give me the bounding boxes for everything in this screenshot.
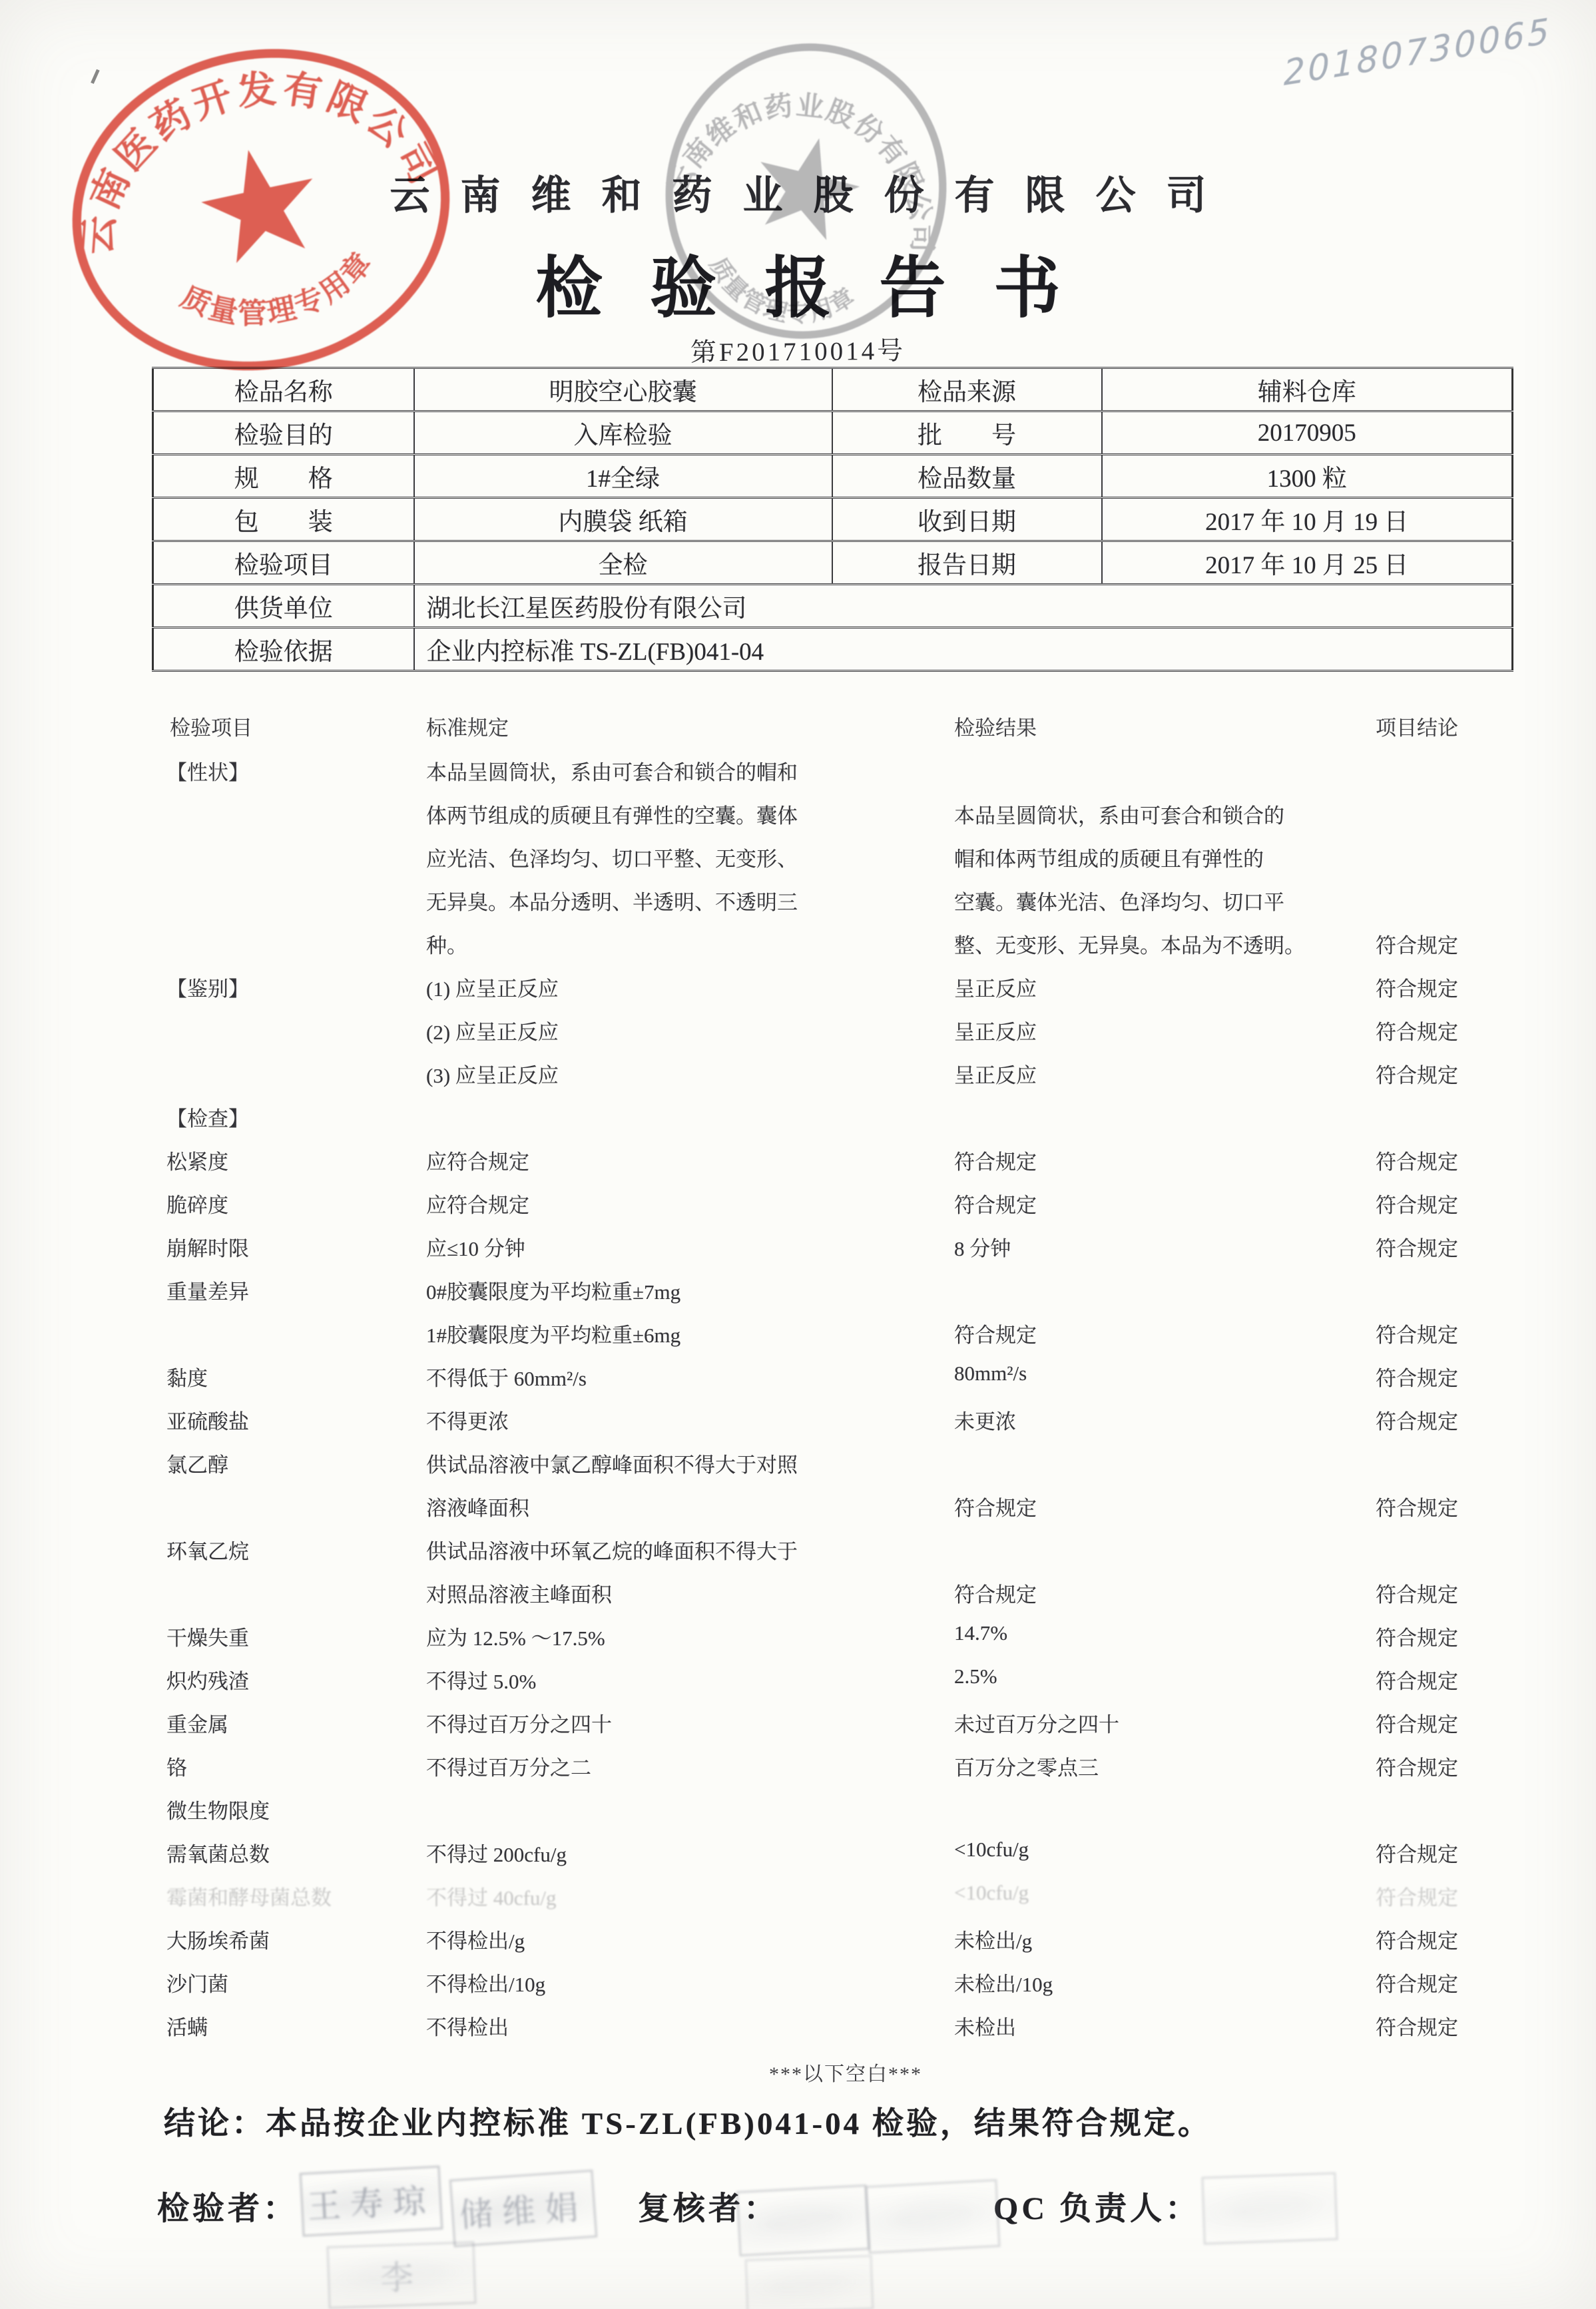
results-row: 应光洁、色泽均匀、切口平整、无变形、帽和体两节组成的质硬且有弹性的 [0,834,1596,877]
results-cell: 霉菌和酵母菌总数 [166,1881,332,1911]
results-cell: 应符合规定 [426,1188,529,1218]
results-cell: 整、无变形、无异臭。本品为不透明。 [954,929,1305,959]
results-cell: 百万分之零点三 [954,1751,1099,1781]
results-cell: 符合规定 [1376,1145,1458,1175]
results-cell: 微生物限度 [166,1794,270,1824]
results-cell: 【检查】 [166,1102,249,1132]
reviewer-name-stamp [745,2255,874,2309]
info-cell-label: 规 格 [153,455,414,498]
info-cell-value: 湖北长江星医药股份有限公司 [414,585,1513,628]
results-cell: 14.7% [954,1621,1007,1645]
results-row: 亚硫酸盐不得更浓未更浓符合规定 [0,1396,1596,1439]
results-cell: 符合规定 [1376,1621,1458,1651]
results-cell: 环氧乙烷 [166,1535,249,1565]
results-cell: 本品呈圆筒状，系由可套合和锁合的 [954,799,1284,829]
results-cell: 呈正反应 [954,972,1037,1002]
results-cell: 不得低于 60mm²/s [426,1362,587,1392]
info-cell-label: 供货单位 [153,585,414,628]
results-cell: 符合规定 [1376,1059,1458,1089]
info-table-row: 检验依据企业内控标准 TS-ZL(FB)041-04 [153,628,1513,671]
inspector-name-stamp: 王寿琼 [300,2166,443,2237]
results-cell: 符合规定 [1376,1405,1458,1435]
results-cell: 黏度 [166,1362,208,1392]
results-cell: 供试品溶液中环氧乙烷的峰面积不得大于 [426,1535,798,1565]
results-cell: 符合规定 [1376,972,1458,1002]
results-cell: 本品呈圆筒状，系由可套合和锁合的帽和 [426,756,798,786]
results-cell: 【性状】 [166,756,249,786]
results-row: 炽灼残渣不得过 5.0%2.5%符合规定 [0,1656,1596,1699]
inspector-label: 检验者： [157,2182,298,2228]
info-table-body: 检品名称明胶空心胶囊检品来源辅料仓库检验目的入库检验批 号20170905规 格… [153,368,1513,671]
results-cell: 铬 [166,1751,187,1781]
qc-manager-label: QC 负责人： [993,2182,1200,2228]
results-cell: 炽灼残渣 [166,1665,249,1694]
results-cell: 干燥失重 [166,1621,249,1651]
results-cell: 呈正反应 [954,1015,1037,1045]
results-cell: 符合规定 [1376,1578,1458,1608]
info-cell-value: 明胶空心胶囊 [414,368,832,411]
info-cell-value: 辅料仓库 [1102,368,1513,411]
info-table-row: 检验项目全检报告日期2017 年 10 月 25 日 [153,541,1513,585]
results-cell: 应为 12.5% ～17.5% [426,1621,605,1651]
results-row: 种。整、无变形、无异臭。本品为不透明。符合规定 [0,920,1596,963]
results-row: 霉菌和酵母菌总数不得过 40cfu/g<10cfu/g符合规定 [0,1872,1596,1916]
results-cell: 应符合规定 [426,1145,529,1175]
results-cell: 符合规定 [1376,1924,1458,1954]
results-cell: 无异臭。本品分透明、半透明、不透明三 [426,886,798,915]
results-cell: 0#胶囊限度为平均粒重±7mg [426,1275,680,1305]
results-cell: 供试品溶液中氯乙醇峰面积不得大于对照 [426,1448,798,1478]
results-cell: 符合规定 [1376,1751,1458,1781]
results-cell: 不得过 40cfu/g [426,1881,556,1911]
results-cell: 符合规定 [1376,2011,1458,2041]
results-row: 重金属不得过百万分之四十未过百万分之四十符合规定 [0,1699,1596,1742]
results-row: 松紧度应符合规定符合规定符合规定 [0,1137,1596,1180]
results-cell: 符合规定 [1376,1881,1458,1911]
results-row: 铬不得过百万分之二百万分之零点三符合规定 [0,1742,1596,1786]
results-cell: 不得过 200cfu/g [426,1838,567,1868]
results-cell: 未检出/10g [954,1967,1053,1997]
results-lines: 【性状】本品呈圆筒状，系由可套合和锁合的帽和体两节组成的质硬且有弹性的空囊。囊体… [0,747,1596,2045]
results-cell: 不得更浓 [426,1405,509,1435]
info-cell-value: 1300 粒 [1102,455,1513,498]
info-cell-value: 2017 年 10 月 25 日 [1102,541,1513,585]
info-cell-label: 检品来源 [832,368,1102,411]
inspector-name-stamp: 储维娟 [449,2170,598,2248]
info-cell-label: 检品数量 [832,455,1102,498]
info-cell-value: 2017 年 10 月 19 日 [1102,498,1513,541]
results-row: 环氧乙烷供试品溶液中环氧乙烷的峰面积不得大于 [0,1526,1596,1569]
results-row: 沙门菌不得检出/10g未检出/10g符合规定 [0,1959,1596,2002]
info-cell-label: 检验依据 [153,628,414,671]
results-cell: 帽和体两节组成的质硬且有弹性的 [954,842,1264,872]
results-row: 微生物限度 [0,1786,1596,1829]
results-row: 氯乙醇供试品溶液中氯乙醇峰面积不得大于对照 [0,1439,1596,1483]
results-cell: 符合规定 [1376,1665,1458,1694]
reviewer-name-stamp [865,2179,1000,2254]
results-cell: 符合规定 [1376,1318,1458,1348]
info-cell-label: 批 号 [832,411,1102,455]
results-cell: 重量差异 [166,1275,249,1305]
results-row: 无异臭。本品分透明、半透明、不透明三空囊。囊体光洁、色泽均匀、切口平 [0,877,1596,920]
results-row: (3) 应呈正反应呈正反应符合规定 [0,1050,1596,1093]
results-cell: 溶液峰面积 [426,1491,529,1521]
info-table-row: 规 格1#全绿检品数量1300 粒 [153,455,1513,498]
info-table-row: 检品名称明胶空心胶囊检品来源辅料仓库 [153,368,1513,411]
info-table-row: 检验目的入库检验批 号20170905 [153,411,1513,455]
reviewer-name-stamp [736,2184,870,2256]
results-cell: 沙门菌 [166,1967,228,1997]
info-cell-label: 检验项目 [153,541,414,585]
results-header-item: 标准规定 [426,711,509,741]
results-cell: 大肠埃希菌 [166,1924,270,1954]
results-cell: 不得检出/10g [426,1967,545,1997]
conclusion-text: 结论：本品按企业内控标准 TS-ZL(FB)041-04 检验，结果符合规定。 [164,2099,1212,2143]
svg-text:质量管理专用章: 质量管理专用章 [170,240,388,348]
sample-info-table: 检品名称明胶空心胶囊检品来源辅料仓库检验目的入库检验批 号20170905规 格… [152,367,1513,672]
info-cell-label: 收到日期 [832,498,1102,541]
results-row: 崩解时限应≤10 分钟8 分钟符合规定 [0,1223,1596,1266]
results-header-item: 检验结果 [954,711,1037,741]
results-cell: 符合规定 [1376,1232,1458,1262]
info-table-row: 包 装内膜袋 纸箱收到日期2017 年 10 月 19 日 [153,498,1513,541]
results-cell: 呈正反应 [954,1059,1037,1089]
info-cell-value: 全检 [414,541,832,585]
results-row: 【性状】本品呈圆筒状，系由可套合和锁合的帽和 [0,747,1596,790]
qc-name-stamp [1201,2173,1338,2245]
results-cell: 符合规定 [954,1491,1037,1521]
results-cell: 亚硫酸盐 [166,1405,249,1435]
results-cell: 符合规定 [954,1188,1037,1218]
info-cell-value: 企业内控标准 TS-ZL(FB)041-04 [414,628,1513,671]
results-cell: 符合规定 [954,1318,1037,1348]
results-cell: 体两节组成的质硬且有弹性的空囊。囊体 [426,799,798,829]
results-cell: 未检出/g [954,1924,1032,1954]
results-row: 干燥失重应为 12.5% ～17.5%14.7%符合规定 [0,1613,1596,1656]
results-cell: <10cfu/g [954,1838,1029,1862]
results-cell: <10cfu/g [954,1881,1029,1905]
info-cell-label: 检验目的 [153,411,414,455]
results-cell: 符合规定 [1376,929,1458,959]
results-cell: 符合规定 [1376,1362,1458,1392]
results-row: 需氧菌总数不得过 200cfu/g<10cfu/g符合规定 [0,1829,1596,1872]
results-cell: 未更浓 [954,1405,1016,1435]
results-cell: 符合规定 [1376,1015,1458,1045]
star-icon [746,126,869,245]
results-row: (2) 应呈正反应呈正反应符合规定 [0,1007,1596,1050]
results-cell: 符合规定 [954,1145,1037,1175]
info-table-row: 供货单位湖北长江星医药股份有限公司 [153,585,1513,628]
results-cell: 符合规定 [954,1578,1037,1608]
results-row: 对照品溶液主峰面积符合规定符合规定 [0,1569,1596,1613]
results-cell: 不得过百万分之四十 [426,1708,612,1738]
results-cell: 不得过 5.0% [426,1665,536,1694]
results-cell: 活螨 [166,2011,208,2041]
scanned-inspection-report-page: 20180730065 云南医药开发有限公司 质量管理专用章 云南维和药业股份有… [0,0,1596,2309]
info-cell-label: 包 装 [153,498,414,541]
inspector-name-stamp: 李 [326,2241,476,2309]
results-cell: 种。 [426,929,467,959]
results-cell: 崩解时限 [166,1232,249,1262]
results-cell: (3) 应呈正反应 [426,1059,559,1089]
results-cell: 不得检出/g [426,1924,525,1954]
results-cell: 不得检出 [426,2011,509,2041]
results-cell: 对照品溶液主峰面积 [426,1578,612,1608]
results-row: 【鉴别】(1) 应呈正反应呈正反应符合规定 [0,963,1596,1007]
results-row: 活螨不得检出未检出符合规定 [0,2002,1596,2045]
results-row: 重量差异0#胶囊限度为平均粒重±7mg [0,1266,1596,1310]
results-cell: 重金属 [166,1708,228,1738]
info-cell-value: 内膜袋 纸箱 [414,498,832,541]
info-cell-label: 报告日期 [832,541,1102,585]
stamp-bottom-text: 质量管理专用章 [170,240,388,348]
star-icon [192,138,326,267]
handwritten-number: 20180730065 [1283,10,1560,94]
results-row: 黏度不得低于 60mm²/s80mm²/s符合规定 [0,1353,1596,1396]
results-cell: (2) 应呈正反应 [426,1015,559,1045]
results-cell: 2.5% [954,1665,997,1688]
blank-note: ***以下空白*** [100,2057,1591,2087]
results-row: 【检查】 [0,1093,1596,1137]
info-cell-value: 入库检验 [414,411,832,455]
results-cell: 需氧菌总数 [166,1838,270,1868]
results-row: 1#胶囊限度为平均粒重±6mg符合规定符合规定 [0,1310,1596,1353]
results-cell: 符合规定 [1376,1708,1458,1738]
results-cell: 8 分钟 [954,1232,1011,1262]
results-cell: 【鉴别】 [166,972,249,1002]
results-cell: 应≤10 分钟 [426,1232,525,1262]
results-row: 大肠埃希菌不得检出/g未检出/g符合规定 [0,1916,1596,1959]
results-cell: 不得过百万分之二 [426,1751,591,1781]
info-cell-value: 1#全绿 [414,455,832,498]
results-header-item: 检验项目 [170,711,252,741]
results-cell: 符合规定 [1376,1967,1458,1997]
results-cell: 应光洁、色泽均匀、切口平整、无变形、 [426,842,798,872]
info-cell-value: 20170905 [1102,411,1513,455]
results-cell: 空囊。囊体光洁、色泽均匀、切口平 [954,886,1284,915]
results-cell: 80mm²/s [954,1362,1027,1386]
results-cell: 脆碎度 [166,1188,228,1218]
results-header-item: 项目结论 [1376,711,1458,741]
results-cell: 未检出 [954,2011,1016,2041]
results-cell: 1#胶囊限度为平均粒重±6mg [426,1318,680,1348]
results-cell: 氯乙醇 [166,1448,228,1478]
results-cell: (1) 应呈正反应 [426,972,559,1002]
results-cell: 符合规定 [1376,1838,1458,1868]
results-row: 脆碎度应符合规定符合规定符合规定 [0,1180,1596,1223]
results-row: 体两节组成的质硬且有弹性的空囊。囊体本品呈圆筒状，系由可套合和锁合的 [0,790,1596,834]
results-row: 溶液峰面积符合规定符合规定 [0,1483,1596,1526]
results-cell: 符合规定 [1376,1491,1458,1521]
results-cell: 松紧度 [166,1145,228,1175]
results-cell: 未过百万分之四十 [954,1708,1119,1738]
results-cell: 符合规定 [1376,1188,1458,1218]
